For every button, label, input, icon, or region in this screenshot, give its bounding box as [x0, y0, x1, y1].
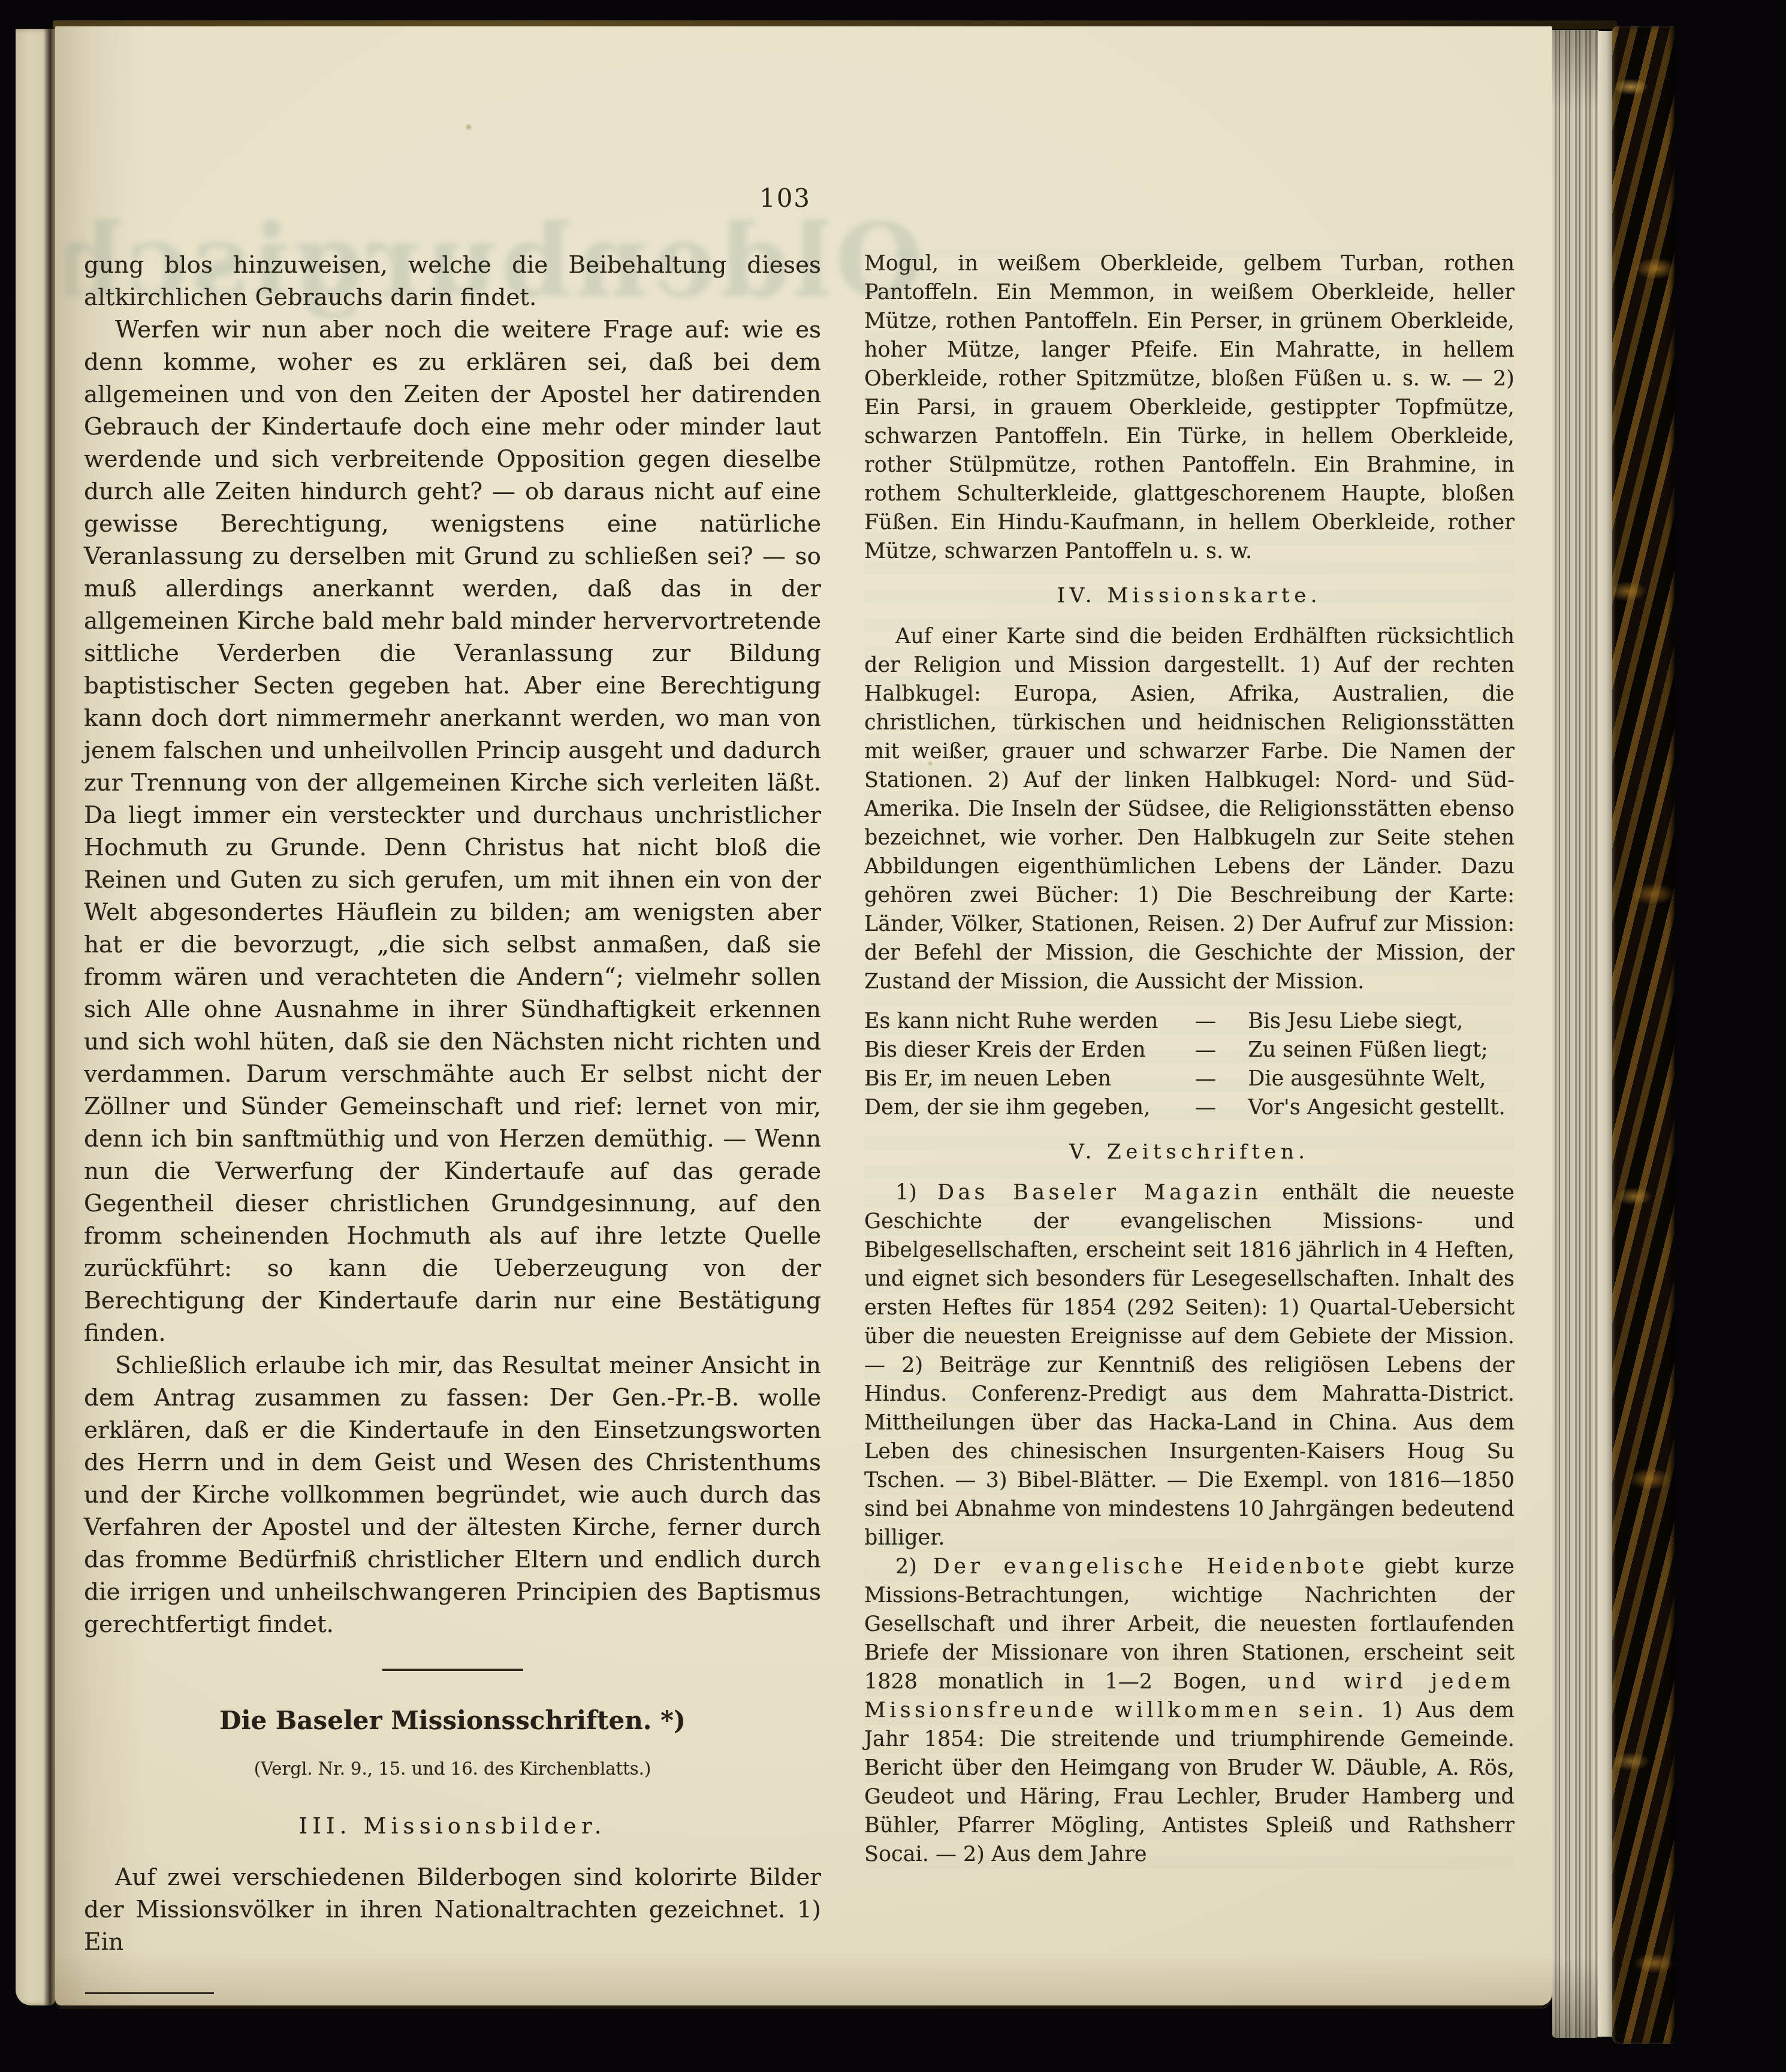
- section-divider-rule: [382, 1669, 523, 1671]
- verse-left: Bis dieser Kreis der Erden: [864, 1036, 1163, 1064]
- verse-line: Dem, der sie ihm gegeben, — Vor's Angesi…: [864, 1093, 1515, 1122]
- verse-line: Es kann nicht Ruhe werden — Bis Jesu Lie…: [864, 1007, 1515, 1036]
- list-number: 1): [895, 1181, 937, 1205]
- paragraph: Auf einer Karte sind die beiden Erdhälft…: [864, 622, 1515, 996]
- section-heading-v: V. Zeitschriften.: [864, 1138, 1515, 1166]
- footnote-block: *) Die Preise sämmtlicher Schriften werd…: [84, 1992, 821, 2005]
- book-scan-scene: Oldenburgisches Kirchenblatt 103 gung bl…: [0, 0, 1786, 2072]
- verse-left: Es kann nicht Ruhe werden: [864, 1007, 1163, 1036]
- paragraph: Schließlich erlaube ich mir, das Resulta…: [84, 1350, 821, 1641]
- paragraph: 2) Der evangelische Heidenbote giebt kur…: [864, 1552, 1515, 1869]
- previous-page-edge: [16, 29, 55, 2005]
- verse-right: Die ausgesühnte Welt,: [1248, 1064, 1515, 1093]
- verse-block: Es kann nicht Ruhe werden — Bis Jesu Lie…: [864, 1007, 1515, 1122]
- verse-left: Bis Er, im neuen Leben: [864, 1064, 1163, 1093]
- verse-dash: —: [1163, 1007, 1248, 1036]
- page-stack-edge: [1552, 30, 1599, 2038]
- page-paper: Oldenburgisches Kirchenblatt 103 gung bl…: [55, 26, 1552, 2005]
- section-reference: (Vergl. Nr. 9., 15. und 16. des Kirchenb…: [84, 1753, 821, 1785]
- verse-left: Dem, der sie ihm gegeben,: [864, 1093, 1163, 1122]
- left-column: gung blos hinzuweisen, welche die Beibeh…: [84, 249, 821, 2005]
- right-column: Mogul, in weißem Oberkleide, gelbem Turb…: [864, 249, 1515, 1869]
- verse-dash: —: [1163, 1093, 1248, 1122]
- section-title: Die Baseler Missionsschriften. *): [84, 1705, 821, 1737]
- marbled-cover-edge: [1612, 26, 1675, 2044]
- footnote-text: *) Die Preise sämmtlicher Schriften werd…: [84, 2004, 821, 2005]
- verse-right: Zu seinen Füßen liegt;: [1248, 1036, 1515, 1064]
- paragraph-text: enthält die neueste Geschichte der evang…: [864, 1181, 1515, 1550]
- section-heading-iv: IV. Missionskarte.: [864, 581, 1515, 610]
- verse-right: Bis Jesu Liebe siegt,: [1248, 1007, 1515, 1036]
- footnote-rule: [85, 1992, 214, 1994]
- emphasized-title: Der evangelische Heidenbote: [933, 1555, 1368, 1579]
- paragraph-text: 1) Aus dem Jahr 1854: Die streitende und…: [864, 1699, 1515, 1866]
- verse-right: Vor's Angesicht gestellt.: [1248, 1093, 1515, 1122]
- verse-line: Bis Er, im neuen Leben — Die ausgesühnte…: [864, 1064, 1515, 1093]
- paragraph: Werfen wir nun aber noch die weitere Fra…: [84, 314, 821, 1350]
- page-number: 103: [749, 183, 821, 213]
- section-heading-iii: III. Missionsbilder.: [84, 1810, 821, 1842]
- paragraph-continuation: gung blos hinzuweisen, welche die Beibeh…: [84, 249, 821, 314]
- paragraph: Auf zwei verschiedenen Bilderbogen sind …: [84, 1862, 821, 1959]
- list-number: 2): [895, 1555, 933, 1579]
- verse-line: Bis dieser Kreis der Erden — Zu seinen F…: [864, 1036, 1515, 1064]
- page-stack-highlight: [1598, 31, 1612, 2037]
- text-columns: gung blos hinzuweisen, welche die Beibeh…: [84, 249, 1516, 2005]
- paragraph: 1) Das Baseler Magazin enthält die neues…: [864, 1178, 1515, 1552]
- paragraph-continuation: Mogul, in weißem Oberkleide, gelbem Turb…: [864, 249, 1515, 566]
- verse-dash: —: [1163, 1064, 1248, 1093]
- emphasized-title: Das Baseler Magazin: [937, 1181, 1262, 1205]
- verse-dash: —: [1163, 1036, 1248, 1064]
